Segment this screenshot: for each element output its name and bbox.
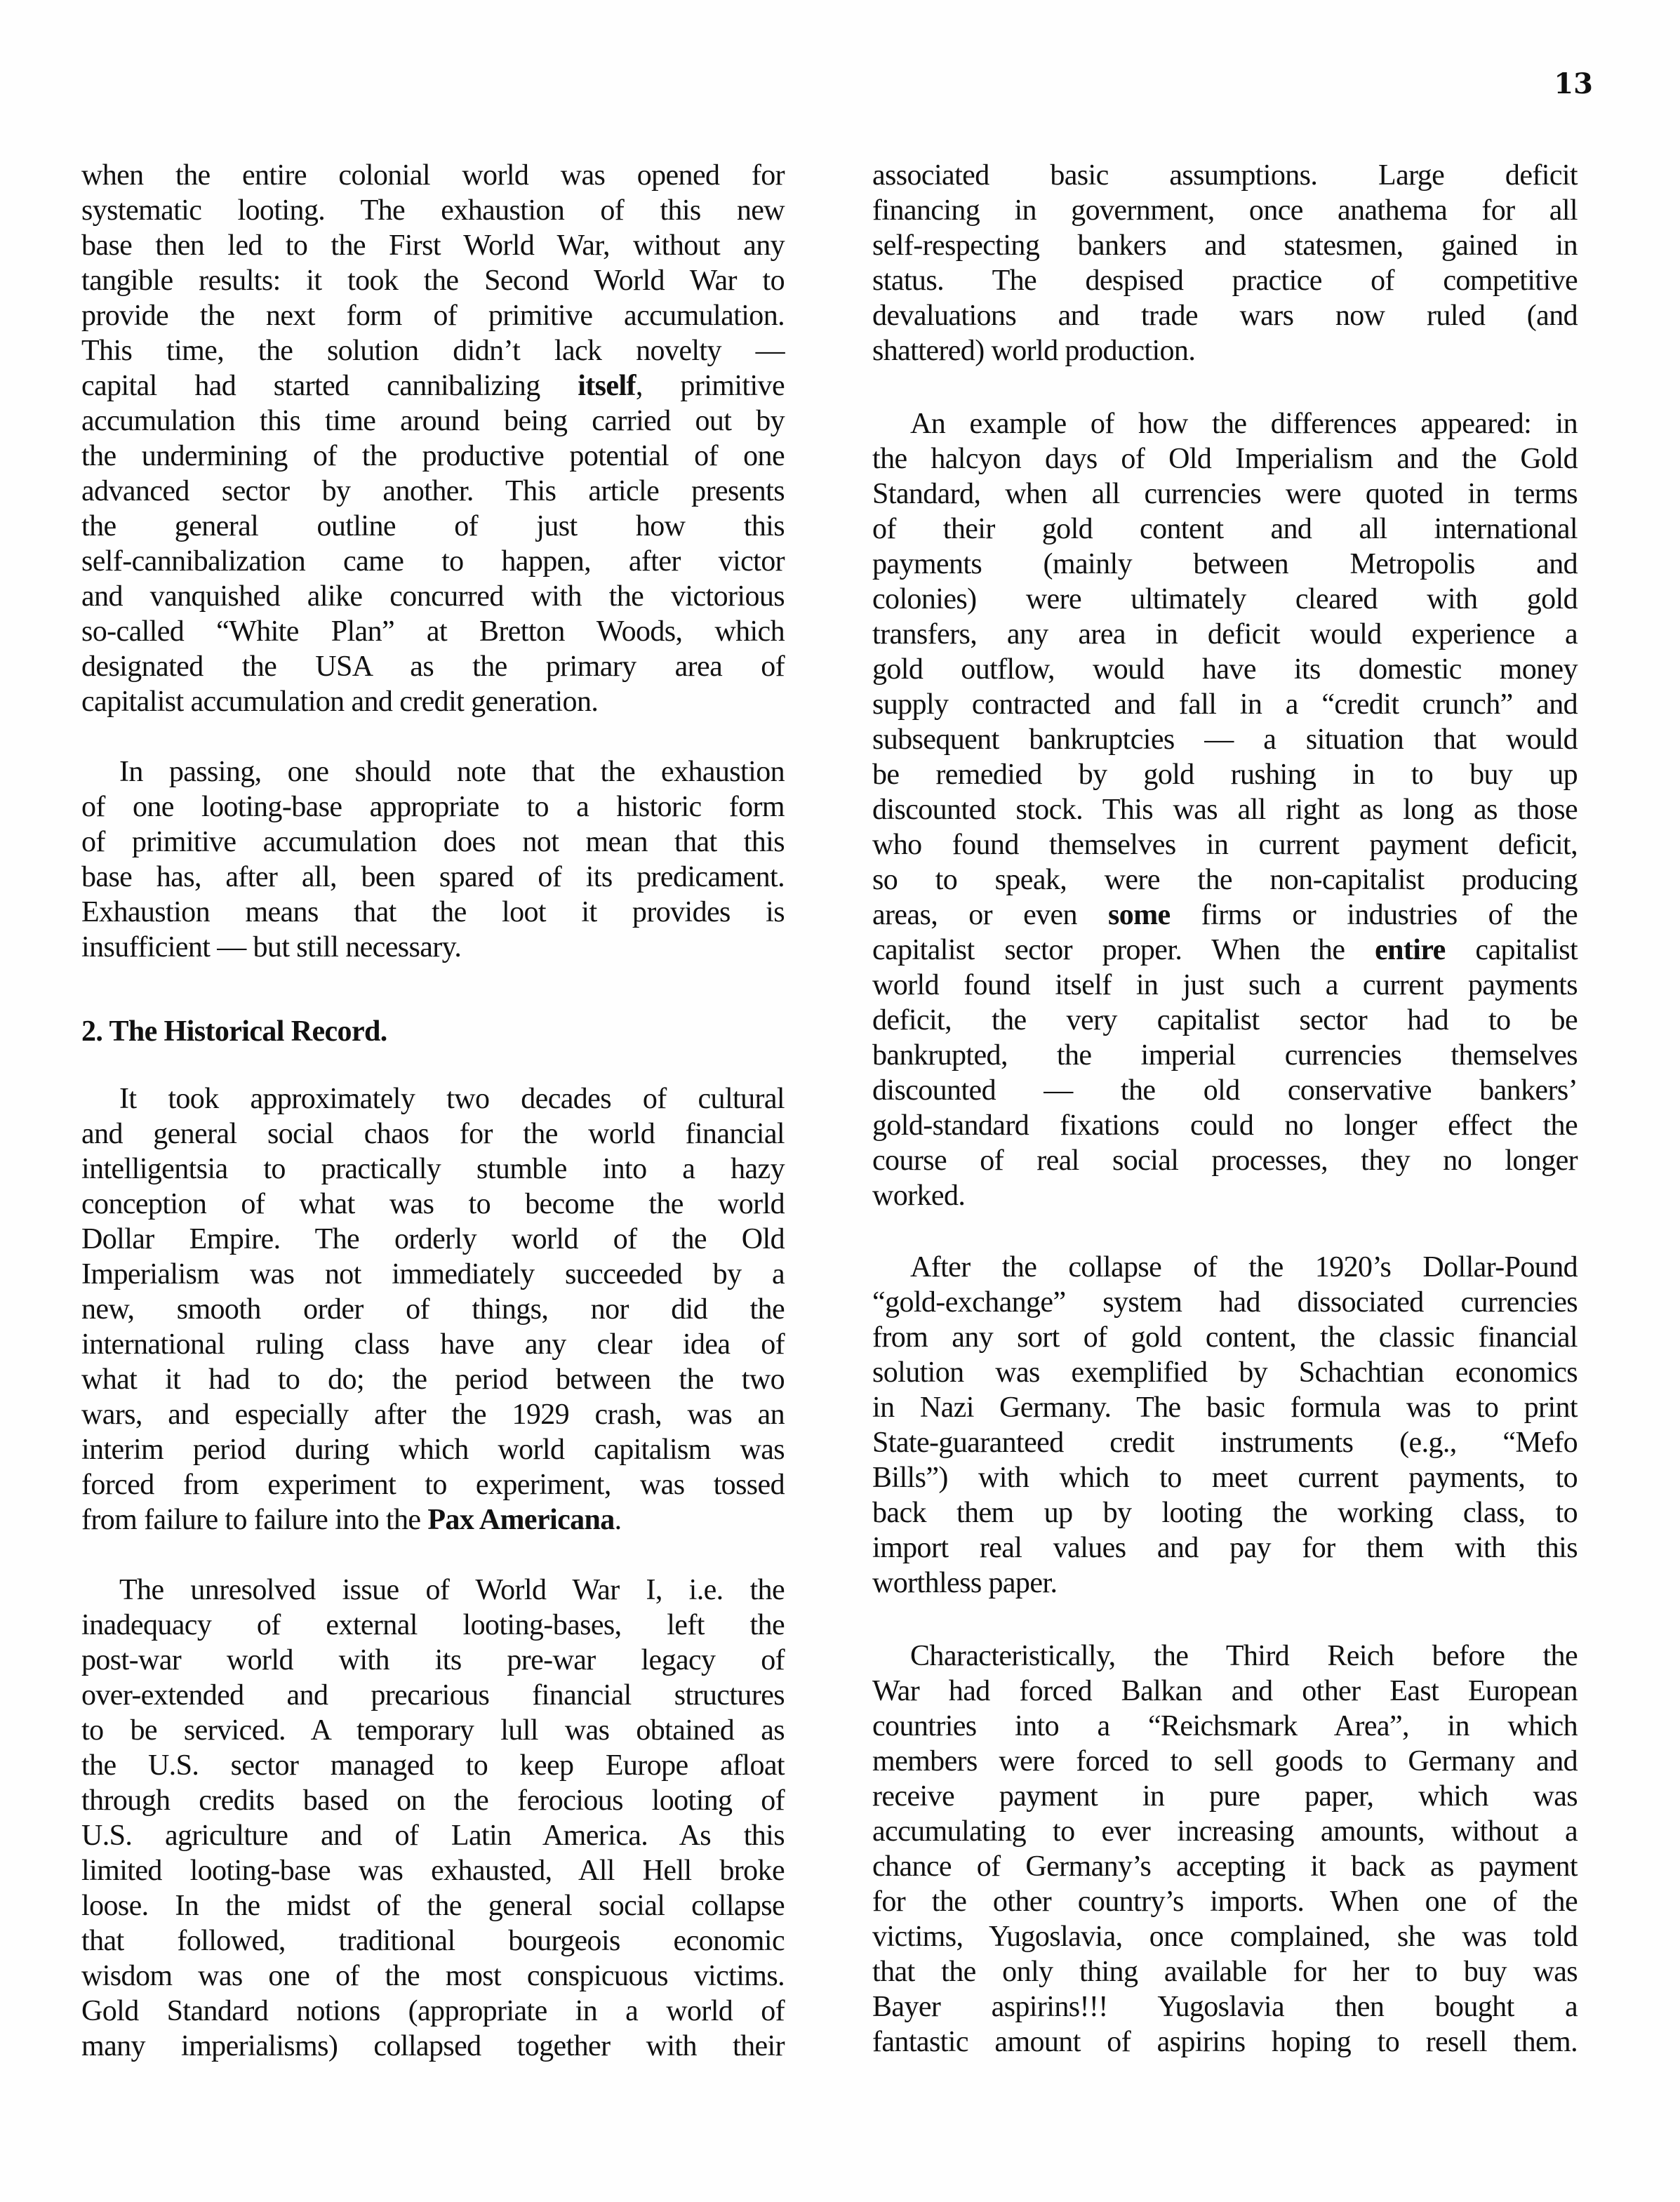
paragraph-right-1: associated basic assumptions. Large defi… [872,158,1578,368]
text-line: capital had started cannibalizing itself… [81,368,785,403]
text-line: interim period during which world capita… [81,1432,785,1467]
text-line: This time, the solution didn’t lack nove… [81,333,785,368]
text-line: base then led to the First World War, wi… [81,228,785,263]
text-line: associated basic assumptions. Large defi… [872,158,1578,193]
document-page: 13 when the entire colonial world was op… [0,0,1680,2202]
emphasis: some [1108,899,1171,931]
text-line: Bills”) with which to meet current payme… [872,1460,1578,1495]
text-line: shattered) world production. [872,333,1578,368]
text-line: War had forced Balkan and other East Eur… [872,1674,1578,1709]
text-line: payments (mainly between Metropolis and [872,547,1578,582]
text-line: State-guaranteed credit instruments (e.g… [872,1425,1578,1460]
text-line: and general social chaos for the world f… [81,1116,785,1152]
text-line: discounted — the old conservative banker… [872,1073,1578,1108]
paragraph-left-3: It took approximately two decades of cul… [81,1081,785,1537]
text-line: Standard, when all currencies were quote… [872,476,1578,512]
text-line: gold-standard fixations could no longer … [872,1108,1578,1143]
text-line: Gold Standard notions (appropriate in a … [81,1994,785,2029]
text-line: systematic looting. The exhaustion of th… [81,193,785,228]
text-line: from failure to failure into the Pax Ame… [81,1502,785,1537]
text-line: over-extended and precarious financial s… [81,1678,785,1713]
text-line: colonies) were ultimately cleared with g… [872,582,1578,617]
text-line: new, smooth order of things, nor did the [81,1292,785,1327]
text-line: After the collapse of the 1920’s Dollar-… [872,1250,1578,1285]
text-line: be remedied by gold rushing in to buy up [872,757,1578,792]
text-line: receive payment in pure paper, which was [872,1779,1578,1814]
text-line: the U.S. sector managed to keep Europe a… [81,1748,785,1783]
text-line: Bayer aspirins!!! Yugoslavia then bought… [872,1989,1578,2024]
text-line: through credits based on the ferocious l… [81,1783,785,1818]
text-line: provide the next form of primitive accum… [81,298,785,333]
text-line: inadequacy of external looting-bases, le… [81,1608,785,1643]
text-line: self-respecting bankers and statesmen, g… [872,228,1578,263]
text-line: financing in government, once anathema f… [872,193,1578,228]
text-line: international ruling class have any clea… [81,1327,785,1362]
text-line: back them up by looting the working clas… [872,1495,1578,1530]
text-line: and vanquished alike concurred with the … [81,579,785,614]
text-line: supply contracted and fall in a “credit … [872,687,1578,722]
text-line: deficit, the very capitalist sector had … [872,1003,1578,1038]
section-heading: 2. The Historical Record. [81,1014,785,1049]
text-line: post-war world with its pre-war legacy o… [81,1643,785,1678]
text-line: so-called “White Plan” at Bretton Woods,… [81,614,785,649]
text-line: limited looting-base was exhausted, All … [81,1853,785,1888]
text-line: insufficient — but still necessary. [81,930,785,965]
text-line: “gold-exchange” system had dissociated c… [872,1285,1578,1320]
text-line: devaluations and trade wars now ruled (a… [872,298,1578,333]
text-line: that followed, traditional bourgeois eco… [81,1923,785,1959]
paragraph-left-2: In passing, one should note that the exh… [81,754,785,965]
text-line: the halcyon days of Old Imperialism and … [872,441,1578,476]
emphasis: itself [578,370,636,402]
text-line: It took approximately two decades of cul… [81,1081,785,1116]
text-line: when the entire colonial world was opene… [81,158,785,193]
text-line: accumulating to ever increasing amounts,… [872,1814,1578,1849]
text-line: many imperialisms) collapsed together wi… [81,2029,785,2064]
text-line: self-cannibalization came to happen, aft… [81,544,785,579]
text-line: advanced sector by another. This article… [81,474,785,509]
text-line: intelligentsia to practically stumble in… [81,1152,785,1187]
paragraph-right-3: After the collapse of the 1920’s Dollar-… [872,1250,1578,1601]
text-line: countries into a “Reichsmark Area”, in w… [872,1709,1578,1744]
text-line: of one looting-base appropriate to a his… [81,789,785,825]
paragraph-right-2: An example of how the differences appear… [872,406,1578,1213]
text-line: subsequent bankruptcies — a situation th… [872,722,1578,757]
text-line: Characteristically, the Third Reich befo… [872,1639,1578,1674]
text-line: that the only thing available for her to… [872,1954,1578,1989]
text-line: wisdom was one of the most conspicuous v… [81,1959,785,1994]
text-line: Dollar Empire. The orderly world of the … [81,1222,785,1257]
text-line: capitalist sector proper. When the entir… [872,933,1578,968]
text-line: world found itself in just such a curren… [872,968,1578,1003]
paragraph-left-4: The unresolved issue of World War I, i.e… [81,1573,785,2064]
text-line: members were forced to sell goods to Ger… [872,1744,1578,1779]
text-line: status. The despised practice of competi… [872,263,1578,298]
text-line: bankrupted, the imperial currencies them… [872,1038,1578,1073]
text-line: so to speak, were the non-capitalist pro… [872,862,1578,898]
text-line: capitalist accumulation and credit gener… [81,684,785,719]
text-line: the undermining of the productive potent… [81,439,785,474]
text-line: discounted stock. This was all right as … [872,792,1578,827]
paragraph-left-1: when the entire colonial world was opene… [81,158,785,719]
text-line: the general outline of just how this [81,509,785,544]
text-line: of their gold content and all internatio… [872,512,1578,547]
text-line: An example of how the differences appear… [872,406,1578,441]
text-line: fantastic amount of aspirins hoping to r… [872,2024,1578,2060]
text-line: Exhaustion means that the loot it provid… [81,895,785,930]
text-line: victims, Yugoslavia, once complained, sh… [872,1919,1578,1954]
text-line: import real values and pay for them with… [872,1530,1578,1566]
text-line: accumulation this time around being carr… [81,403,785,439]
text-line: worthless paper. [872,1566,1578,1601]
text-line: what it had to do; the period between th… [81,1362,785,1397]
text-line: base has, after all, been spared of its … [81,860,785,895]
text-line: conception of what was to become the wor… [81,1187,785,1222]
text-line: loose. In the midst of the general socia… [81,1888,785,1923]
text-line: U.S. agriculture and of Latin America. A… [81,1818,785,1853]
text-line: wars, and especially after the 1929 cras… [81,1397,785,1432]
text-line: solution was exemplified by Schachtian e… [872,1355,1578,1390]
text-line: gold outflow, would have its domestic mo… [872,652,1578,687]
text-line: of primitive accumulation does not mean … [81,825,785,860]
text-line: Imperialism was not immediately succeede… [81,1257,785,1292]
text-line: worked. [872,1178,1578,1213]
page-number: 13 [1544,67,1593,100]
text-line: to be serviced. A temporary lull was obt… [81,1713,785,1748]
text-line: designated the USA as the primary area o… [81,649,785,684]
text-line: tangible results: it took the Second Wor… [81,263,785,298]
section-title: 2. The Historical Record. [81,1014,785,1049]
text-line: course of real social processes, they no… [872,1143,1578,1178]
text-line: for the other country’s imports. When on… [872,1884,1578,1919]
text-line: In passing, one should note that the exh… [81,754,785,789]
text-line: chance of Germany’s accepting it back as… [872,1849,1578,1884]
text-line: areas, or even some firms or industries … [872,898,1578,933]
text-line: in Nazi Germany. The basic formula was t… [872,1390,1578,1425]
emphasis: Pax Americana [427,1504,614,1536]
text-line: transfers, any area in deficit would exp… [872,617,1578,652]
paragraph-right-4: Characteristically, the Third Reich befo… [872,1639,1578,2060]
emphasis: entire [1375,934,1446,966]
text-line: from any sort of gold content, the class… [872,1320,1578,1355]
text-line: who found themselves in current payment … [872,827,1578,862]
text-line: forced from experiment to experiment, wa… [81,1467,785,1502]
text-line: The unresolved issue of World War I, i.e… [81,1573,785,1608]
